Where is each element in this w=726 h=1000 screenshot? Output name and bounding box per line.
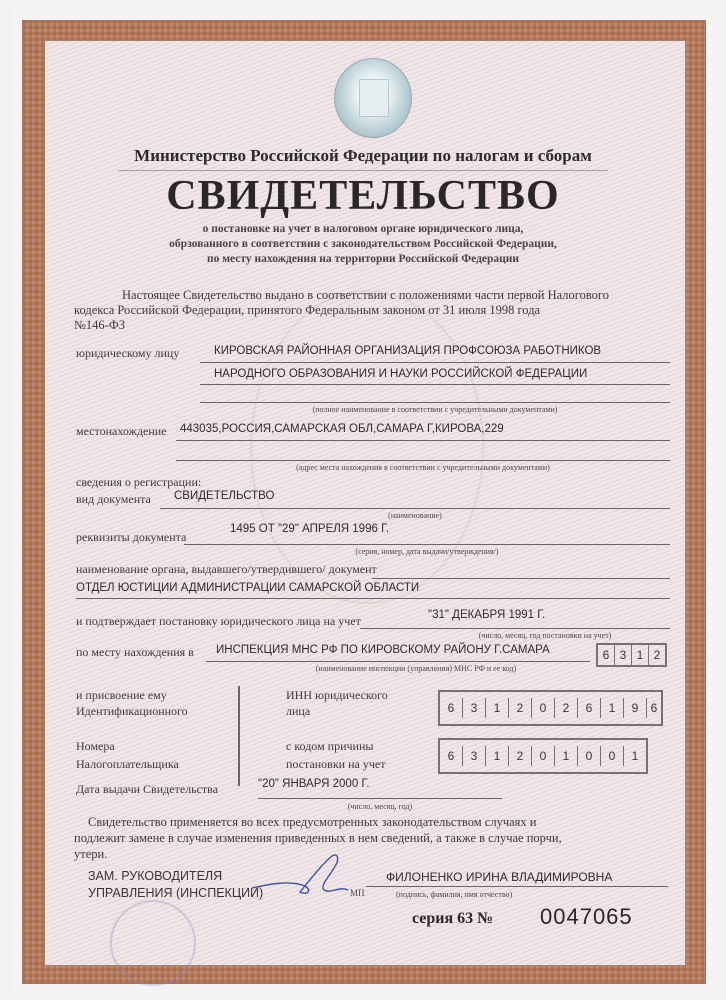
doc-type-label: вид документа: [76, 492, 151, 507]
inspection-code-box: 6 3 1 2: [596, 643, 667, 667]
signer-hint: (подпись, фамилия, имя отчество): [396, 890, 512, 899]
issuer-value: ОТДЕЛ ЮСТИЦИИ АДМИНИСТРАЦИИ САМАРСКОЙ ОБ…: [76, 582, 419, 594]
field-line: [206, 661, 590, 662]
doc-type-hint: (наименование): [160, 511, 670, 520]
registration-heading: сведения о регистрации:: [76, 475, 201, 490]
registration-date-hint: (число, месяц, год постановки на учет): [420, 631, 670, 640]
field-line: [360, 628, 670, 629]
intro-paragraph: Настоящее Свидетельство выдано в соответ…: [74, 288, 674, 333]
doc-details-hint: (серия, номер, дата выдачи/утверждения/): [184, 547, 670, 556]
stamp-mark-label: МП: [350, 888, 365, 898]
divider: [238, 686, 240, 786]
location-value: 443035,РОССИЯ,САМАРСКАЯ ОБЛ,САМАРА Г,КИР…: [180, 423, 504, 435]
closing-paragraph: Свидетельство применяется во всех предус…: [74, 814, 674, 862]
doc-details-value: 1495 ОТ "29" АПРЕЛЯ 1996 Г.: [230, 523, 389, 535]
inn-digits-box: 6 3 1 2 0 2 6 1 9 6: [438, 690, 663, 726]
divider: [118, 170, 608, 171]
signer-position: ЗАМ. РУКОВОДИТЕЛЯ УПРАВЛЕНИЯ (ИНСПЕКЦИИ): [88, 868, 263, 902]
inspection-value: ИНСПЕКЦИЯ МНС РФ ПО КИРОВСКОМУ РАЙОНУ Г.…: [216, 644, 550, 656]
ministry-name: Министерство Российской Федерации по нал…: [0, 146, 726, 166]
field-line: [184, 544, 670, 545]
kpp-label: с кодом причины постановки на учет: [286, 737, 385, 773]
field-line: [258, 798, 502, 799]
field-line: [200, 402, 670, 403]
issue-date-value: "20" ЯНВАРЯ 2000 Г.: [258, 778, 369, 790]
series-label: серия 63 №: [412, 910, 493, 928]
place-label: по месту нахождения в: [76, 645, 194, 660]
issue-date-label: Дата выдачи Свидетельства: [76, 782, 218, 797]
field-line: [200, 362, 670, 363]
field-line: [76, 598, 670, 599]
field-line: [176, 440, 670, 441]
entity-hint: (полное наименование в соответствии с уч…: [200, 405, 670, 414]
field-line: [160, 508, 670, 509]
signer-name: ФИЛОНЕНКО ИРИНА ВЛАДИМИРОВНА: [386, 870, 612, 884]
field-line: [200, 384, 670, 385]
document-title: СВИДЕТЕЛЬСТВО: [0, 172, 726, 220]
field-line: [366, 886, 668, 887]
location-label: местонахождение: [76, 424, 167, 439]
entity-label: юридическому лицу: [76, 346, 179, 361]
field-line: [372, 578, 670, 579]
issuer-label: наименование органа, выдавшего/утвердивш…: [76, 562, 377, 577]
kpp-digits-box: 6 3 1 2 0 1 0 0 1: [438, 738, 648, 774]
location-hint: (адрес места нахождения в соответствии с…: [176, 463, 670, 472]
hologram-seal-icon: [334, 58, 412, 138]
taxpayer-left-label: и присвоение ему Идентификационного: [76, 687, 188, 719]
taxpayer-left-label-2: Номера Налогоплательщика: [76, 737, 179, 773]
confirmation-label: и подтверждает постановку юридического л…: [76, 614, 361, 629]
stamp-mark: [110, 900, 196, 986]
document-subtitle: о постановке на учет в налоговом органе …: [0, 222, 726, 267]
doc-details-label: реквизиты документа: [76, 530, 186, 545]
inn-label: ИНН юридического лица: [286, 687, 388, 719]
field-line: [176, 460, 670, 461]
entity-name-line2: НАРОДНОГО ОБРАЗОВАНИЯ И НАУКИ РОССИЙСКОЙ…: [214, 368, 587, 380]
watermark-emblem: [250, 290, 484, 604]
series-number: 0047065: [540, 904, 633, 930]
registration-date-value: "31" ДЕКАБРЯ 1991 Г.: [428, 609, 545, 621]
issue-date-hint: (число, месяц, год): [258, 802, 502, 811]
doc-type-value: СВИДЕТЕЛЬСТВО: [174, 490, 274, 502]
inspection-hint: (наименование инспекции (управления) МНС…: [206, 664, 626, 673]
entity-name-line1: КИРОВСКАЯ РАЙОННАЯ ОРГАНИЗАЦИЯ ПРОФСОЮЗА…: [214, 345, 601, 357]
